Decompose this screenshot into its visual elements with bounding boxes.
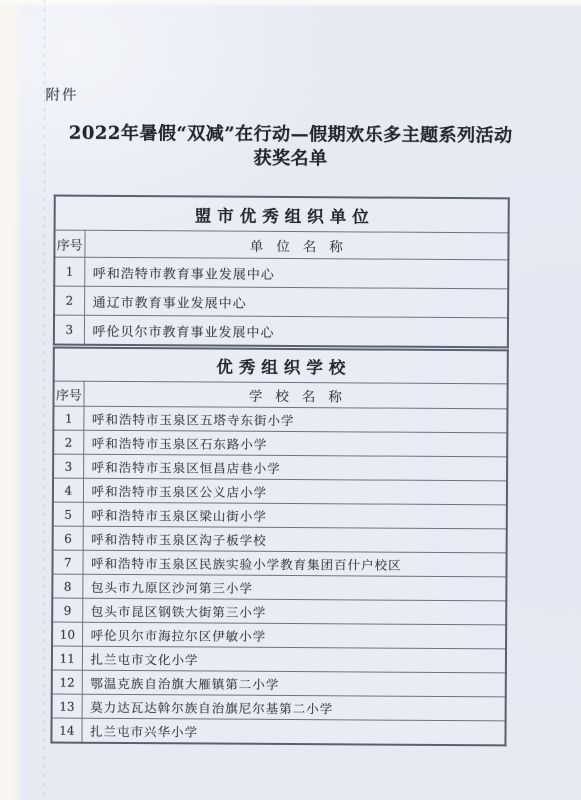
row-number: 9 bbox=[52, 598, 82, 622]
unit-table-header-row: 序号 单位名称 bbox=[54, 230, 508, 260]
document-title: 2022年暑假“双减”在行动—假期欢乐多主题系列活动 获奖名单 bbox=[0, 121, 581, 173]
school-name: 鄂温克族自治旗大雁镇第二小学 bbox=[82, 670, 506, 697]
row-number: 8 bbox=[52, 574, 82, 598]
row-number: 11 bbox=[52, 646, 82, 670]
school-name: 扎兰屯市文化小学 bbox=[82, 646, 506, 673]
document-content: 附件 2022年暑假“双减”在行动—假期欢乐多主题系列活动 获奖名单 盟市优秀组… bbox=[0, 0, 581, 800]
row-number: 5 bbox=[53, 502, 83, 526]
title-line-2: 获奖名单 bbox=[0, 145, 581, 173]
row-number: 10 bbox=[52, 622, 82, 646]
row-number: 4 bbox=[53, 478, 83, 502]
row-number: 1 bbox=[54, 257, 84, 286]
table-row: 13 莫力达瓦达斡尔族自治旗尼尔基第二小学 bbox=[52, 694, 506, 721]
school-name: 呼和浩特市玉泉区沟子板学校 bbox=[83, 526, 507, 553]
table-row: 8 包头市九原区沙河第三小学 bbox=[52, 574, 506, 601]
unit-table: 盟市优秀组织单位 序号 单位名称 1 呼和浩特市教育事业发展中心 2 通辽市教育… bbox=[53, 195, 510, 349]
row-number: 14 bbox=[51, 718, 81, 743]
column-header-school-name: 学校名称 bbox=[83, 381, 507, 409]
row-number: 13 bbox=[52, 694, 82, 718]
school-name: 扎兰屯市兴华小学 bbox=[81, 718, 505, 745]
scanned-document-page: 附件 2022年暑假“双减”在行动—假期欢乐多主题系列活动 获奖名单 盟市优秀组… bbox=[0, 0, 581, 800]
column-header-unit-name: 单位名称 bbox=[84, 230, 508, 260]
attachment-label: 附件 bbox=[45, 84, 78, 105]
row-number: 7 bbox=[52, 550, 82, 574]
table-row: 12 鄂温克族自治旗大雁镇第二小学 bbox=[52, 670, 506, 697]
unit-table-section-title: 盟市优秀组织单位 bbox=[55, 196, 509, 233]
school-name: 呼和浩特市玉泉区公义店小学 bbox=[83, 478, 507, 505]
row-number: 3 bbox=[53, 454, 83, 478]
school-name: 莫力达瓦达斡尔族自治旗尼尔基第二小学 bbox=[82, 694, 506, 721]
column-header-no: 序号 bbox=[54, 230, 84, 257]
table-row: 1 呼和浩特市玉泉区五塔寺东街小学 bbox=[53, 406, 507, 433]
row-number: 12 bbox=[52, 670, 82, 694]
table-row: 6 呼和浩特市玉泉区沟子板学校 bbox=[53, 526, 507, 553]
unit-name: 呼和浩特市教育事业发展中心 bbox=[84, 257, 508, 289]
school-name: 呼和浩特市玉泉区民族实验小学教育集团百什户校区 bbox=[82, 550, 506, 577]
table-row: 3 呼伦贝尔市教育事业发展中心 bbox=[54, 315, 508, 347]
unit-table-section-row: 盟市优秀组织单位 bbox=[55, 196, 509, 233]
school-table-section-title: 优秀组织学校 bbox=[54, 348, 508, 384]
table-row: 14 扎兰屯市兴华小学 bbox=[51, 718, 505, 745]
table-row: 4 呼和浩特市玉泉区公义店小学 bbox=[53, 478, 507, 505]
table-row: 9 包头市昆区钢铁大街第三小学 bbox=[52, 598, 506, 625]
school-table-section-row: 优秀组织学校 bbox=[54, 348, 508, 384]
title-line-1: 2022年暑假“双减”在行动—假期欢乐多主题系列活动 bbox=[0, 121, 581, 149]
school-name: 呼和浩特市玉泉区五塔寺东街小学 bbox=[83, 406, 507, 433]
table-row: 2 呼和浩特市玉泉区石东路小学 bbox=[53, 430, 507, 457]
table-row: 3 呼和浩特市玉泉区恒昌店巷小学 bbox=[53, 454, 507, 481]
table-row: 10 呼伦贝尔市海拉尔区伊敏小学 bbox=[52, 622, 506, 649]
unit-name: 通辽市教育事业发展中心 bbox=[84, 286, 508, 318]
unit-name: 呼伦贝尔市教育事业发展中心 bbox=[84, 315, 508, 347]
row-number: 3 bbox=[54, 315, 84, 345]
school-name: 呼伦贝尔市海拉尔区伊敏小学 bbox=[82, 622, 506, 649]
table-row: 5 呼和浩特市玉泉区梁山街小学 bbox=[53, 502, 507, 529]
column-header-no: 序号 bbox=[53, 381, 83, 406]
school-name: 呼和浩特市玉泉区石东路小学 bbox=[83, 430, 507, 457]
school-table: 优秀组织学校 序号 学校名称 1 呼和浩特市玉泉区五塔寺东街小学 2 呼和浩特市… bbox=[50, 347, 508, 747]
table-row: 7 呼和浩特市玉泉区民族实验小学教育集团百什户校区 bbox=[52, 550, 506, 577]
row-number: 1 bbox=[53, 406, 83, 430]
school-name: 呼和浩特市玉泉区恒昌店巷小学 bbox=[83, 454, 507, 481]
table-row: 11 扎兰屯市文化小学 bbox=[52, 646, 506, 673]
school-name: 呼和浩特市玉泉区梁山街小学 bbox=[83, 502, 507, 529]
row-number: 2 bbox=[54, 286, 84, 315]
school-name: 包头市九原区沙河第三小学 bbox=[82, 574, 506, 601]
row-number: 6 bbox=[53, 526, 83, 550]
school-name: 包头市昆区钢铁大街第三小学 bbox=[82, 598, 506, 625]
table-row: 2 通辽市教育事业发展中心 bbox=[54, 286, 508, 318]
school-table-header-row: 序号 学校名称 bbox=[53, 381, 507, 409]
row-number: 2 bbox=[53, 430, 83, 454]
table-row: 1 呼和浩特市教育事业发展中心 bbox=[54, 257, 508, 289]
